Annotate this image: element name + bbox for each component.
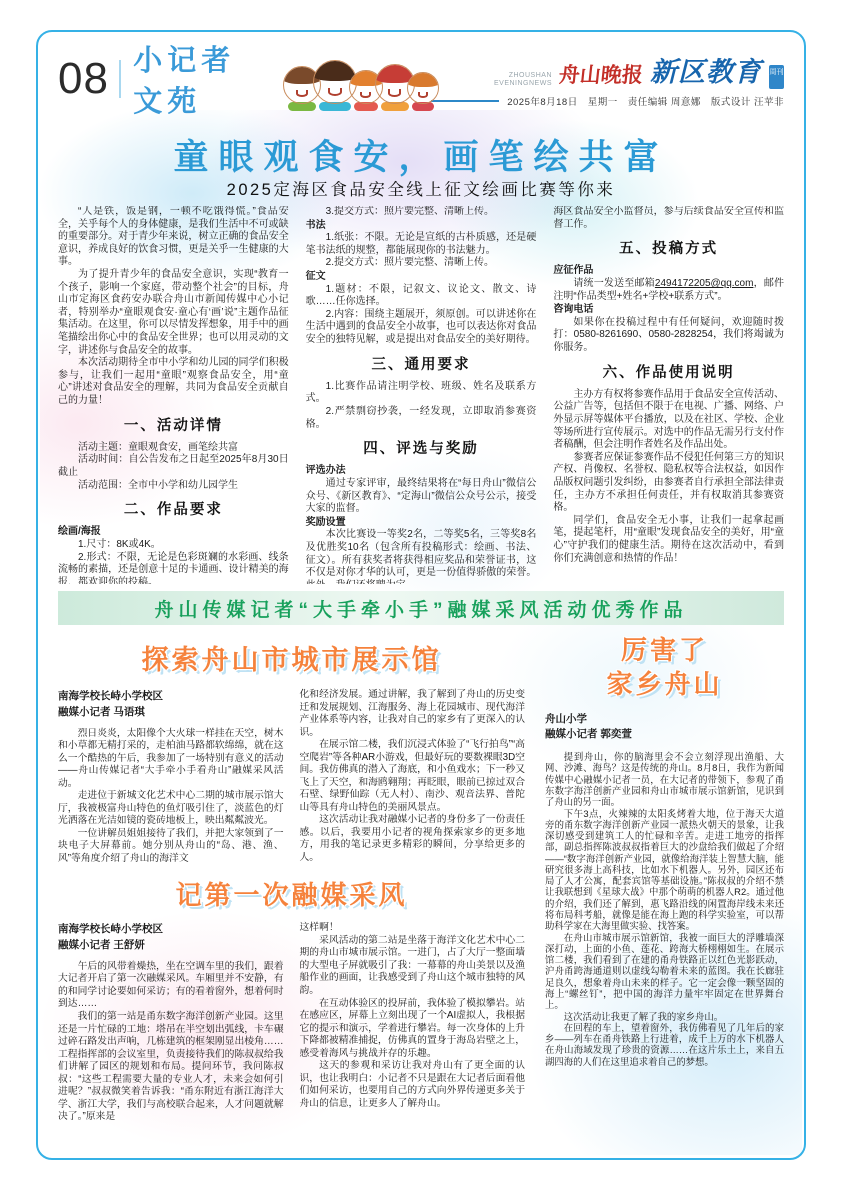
award-banner: 舟山传媒记者“大手牵小手”融媒采风活动优秀作品 bbox=[58, 591, 784, 625]
paragraph: 通过专家评审，最终结果将在“每日舟山”微信公众号、《新区教育》、“定海山”微信公… bbox=[306, 478, 537, 516]
article-a-title: 探索舟山市城市展示馆 bbox=[58, 638, 525, 677]
paragraph: 这次活动让我对融媒小记者的身份多了一份责任感。以后，我要用小记者的视角探索家乡的… bbox=[300, 814, 526, 864]
lead-article-body: “人是铁，饭是钢，一顿不吃饿得慌。”食品安全，关乎每个人的身体健康，是我们生活中… bbox=[58, 206, 784, 584]
paragraph: 2.形式：不限，无论是色彩斑斓的水彩画、线条流畅的素描，还是创意十足的卡通画、设… bbox=[58, 552, 289, 584]
paragraph: 3.提交方式：照片要完整、清晰上传。 bbox=[306, 206, 537, 219]
paragraph: 请统一发送至邮箱2494172205@qq.com，邮件注明“作品类型+姓名+学… bbox=[553, 278, 784, 303]
article-c-column: 舟山小学 融媒小记者 郭奕萱 提到舟山，你的脑海里会不会立刻浮现出渔船、大网、沙… bbox=[545, 712, 784, 1067]
page-number: 08 bbox=[58, 57, 109, 101]
section-heading: 五、投稿方式 bbox=[553, 240, 784, 258]
paragraph: 采风活动的第二站是坐落于海洋文化艺术中心二期的舟山市城市展示馆。一进门，占了大厅… bbox=[300, 935, 526, 998]
dateline-text: 2025年8月18日 星期一 责任编辑 周意娜 版式设计 汪苹非 bbox=[507, 94, 784, 108]
paragraph: 活动时间：自公告发布之日起至2025年8月30日截止 bbox=[58, 454, 289, 479]
paragraph: 本次比赛设一等奖2名，二等奖5名，三等奖8名及优胜奖10名（包含所有投稿形式：绘… bbox=[306, 529, 537, 584]
article-a-body: 南海学校长峙小学校区 融媒小记者 马语琪 烈日炎炎，太阳像个大火球一样挂在天空，… bbox=[58, 689, 525, 865]
paragraph: 在互动体验区的投屏前，我体验了模拟攀岩。站在感应区，屏幕上立刻出现了一个AI虚拟… bbox=[300, 998, 526, 1061]
section-heading: 一、活动详情 bbox=[58, 417, 289, 435]
header-divider bbox=[119, 60, 121, 98]
lead-article-subtitle: 2025定海区食品安全线上征文绘画比赛等你来 bbox=[58, 176, 784, 200]
article-b-title: 记第一次融媒采风 bbox=[58, 875, 525, 912]
paragraph: 1.纸张：不限。无论是宣纸的古朴质感，还是硬笔书法纸的规整，都能展现你的书法魅力… bbox=[306, 232, 537, 257]
lead-article-title: 童眼观食安，画笔绘共富 bbox=[58, 130, 784, 180]
paragraph: 化和经济发展。通过讲解，我了解到了舟山的历史变迁和发展规划、江海服务、海上花园城… bbox=[300, 689, 526, 739]
paragraph: 我们的第一站是甬东数字海洋创新产业园。这里还是一片忙碌的工地：塔吊在半空划出弧线… bbox=[58, 1011, 284, 1124]
byline-reporter: 融媒小记者 马语琪 bbox=[58, 706, 145, 718]
page-header: 08 小记者文苑 ZHOUSHAN EVENINGNEWS 舟山晚报 新区教育 … bbox=[58, 46, 784, 112]
article-a-column-1: 南海学校长峙小学校区 融媒小记者 马语琪 烈日炎炎，太阳像个大火球一样挂在天空，… bbox=[58, 689, 284, 865]
brand-english: ZHOUSHAN EVENINGNEWS bbox=[494, 72, 552, 90]
paragraph: 这样啊！ bbox=[300, 922, 526, 935]
newspaper-name: 舟山晚报 bbox=[557, 59, 644, 89]
paragraph: 海区食品安全小监督员，参与后续食品安全宣传和监督工作。 bbox=[553, 206, 784, 231]
award-banner-text: 舟山传媒记者“大手牵小手”融媒采风活动优秀作品 bbox=[154, 595, 687, 622]
section-title: 小记者文苑 bbox=[133, 38, 265, 120]
sub-heading: 应征作品 bbox=[553, 265, 784, 278]
sub-heading: 咨询电话 bbox=[553, 304, 784, 317]
article-a-column-2: 化和经济发展。通过讲解，我了解到了舟山的历史变迁和发展规划、江海服务、海上花园城… bbox=[300, 689, 526, 865]
paragraph: “人是铁，饭是钢，一顿不吃饿得慌。”食品安全，关乎每个人的身体健康，是我们生活中… bbox=[58, 206, 289, 269]
article-b-column-1: 南海学校长峙小学校区 融媒小记者 王舒妍 午后的风带着燥热，坐在空调车里的我们，… bbox=[58, 922, 284, 1123]
paragraph: 同学们，食品安全无小事，让我们一起拿起画笔，提起笔杆，用“童眼”发现食品安全的美… bbox=[553, 515, 784, 565]
paragraph: 一位讲解员姐姐接待了我们，并把大家领到了一块电子大屏幕前。她分别从舟山的“岛、港… bbox=[58, 828, 284, 866]
dateline: 2025年8月18日 星期一 责任编辑 周意娜 版式设计 汪苹非 bbox=[431, 94, 784, 108]
byline-school: 舟山小学 bbox=[545, 713, 587, 725]
paragraph: 烈日炎炎，太阳像个大火球一样挂在天空，树木和小草都无精打采的，走柏油马路都软绵绵… bbox=[58, 728, 284, 791]
dateline-rule bbox=[431, 100, 499, 102]
paragraph: 这天的参观和采访让我对舟山有了更全面的认识，也让我明白：小记者不只是跟在大记者后… bbox=[300, 1060, 526, 1110]
byline-reporter: 融媒小记者 郭奕萱 bbox=[545, 728, 632, 740]
paragraph: 主办方有权将参赛作品用于食品安全宣传活动、公益广告等，包括但不限于在电视、广播、… bbox=[553, 389, 784, 452]
paragraph: 为了提升青少年的食品安全意识，实现“教育一个孩子，影响一个家庭，带动整个社会”的… bbox=[58, 269, 289, 357]
section-heading: 三、通用要求 bbox=[306, 356, 537, 374]
feature-left-region: 探索舟山市城市展示馆 南海学校长峙小学校区 融媒小记者 马语琪 烈日炎炎，太阳像… bbox=[58, 632, 525, 1154]
paragraph: 1.比赛作品请注明学校、班级、姓名及联系方式。 bbox=[306, 381, 537, 406]
article-c-title: 厉害了 家乡舟山 bbox=[545, 634, 784, 702]
article-b-column-2: 这样啊！采风活动的第二站是坐落于海洋文化艺术中心二期的舟山市城市展示馆。一进门，… bbox=[300, 922, 526, 1123]
paragraph: 1.题材：不限，记叙文、议论文、散文、诗歌……任你选择。 bbox=[306, 284, 537, 309]
paragraph: 下午3点，火辣辣的太阳炙烤着大地，位于海天大道旁的甬东数字海洋创新产业园一派热火… bbox=[545, 808, 784, 932]
paragraph: 在舟山市城市展示馆新馆，我被一面巨大的浮雕墙深深打动，上面的小鱼、莲花、跨海大桥… bbox=[545, 932, 784, 1011]
paragraph: 2.严禁剽窃抄袭，一经发现，立即取消参赛资格。 bbox=[306, 406, 537, 431]
section-heading: 二、作品要求 bbox=[58, 501, 289, 519]
paragraph: 活动范围：全市中小学和幼儿园学生 bbox=[58, 480, 289, 493]
children-illustration bbox=[283, 47, 431, 111]
paragraph: 如果你在投稿过程中有任何疑问，欢迎随时拨打：0580-8261690、0580-… bbox=[553, 317, 784, 355]
byline-school: 南海学校长峙小学校区 bbox=[58, 923, 163, 935]
lead-column-2: 3.提交方式：照片要完整、清晰上传。书法1.纸张：不限。无论是宣纸的古朴质感，还… bbox=[306, 206, 537, 584]
section-heading: 六、作品使用说明 bbox=[553, 364, 784, 382]
sub-heading: 奖励设置 bbox=[306, 517, 537, 530]
paragraph: 参赛者应保证参赛作品不侵犯任何第三方的知识产权、肖像权、名誉权、隐私权等合法权益… bbox=[553, 452, 784, 515]
email-address: 2494172205@qq.com bbox=[655, 278, 754, 289]
article-c-byline: 舟山小学 融媒小记者 郭奕萱 bbox=[545, 712, 784, 744]
article-c-title-line1: 厉害了 bbox=[621, 635, 708, 665]
article-c-title-line2: 家乡舟山 bbox=[606, 669, 722, 699]
lead-column-3: 海区食品安全小监督员，参与后续食品安全宣传和监督工作。五、投稿方式应征作品请统一… bbox=[553, 206, 784, 584]
paragraph: 走进位于新城文化艺术中心二期的城市展示馆大厅，我被极富舟山特色的鱼灯吸引住了，淡… bbox=[58, 790, 284, 828]
paragraph: 2.提交方式：照片要完整、清晰上传。 bbox=[306, 257, 537, 270]
newspaper-page: 08 小记者文苑 ZHOUSHAN EVENINGNEWS 舟山晚报 新区教育 … bbox=[0, 0, 842, 1191]
byline-school: 南海学校长峙小学校区 bbox=[58, 690, 163, 702]
sub-heading: 评选办法 bbox=[306, 465, 537, 478]
lead-column-1: “人是铁，饭是钢，一顿不吃饿得慌。”食品安全，关乎每个人的身体健康，是我们生活中… bbox=[58, 206, 289, 584]
article-b-byline: 南海学校长峙小学校区 融媒小记者 王舒妍 bbox=[58, 922, 284, 954]
paragraph: 在展示馆二楼，我们沉浸式体验了“飞行拍鸟”“高空爬岩”等各种AR小游戏，但最好玩… bbox=[300, 739, 526, 814]
paragraph: 本次活动期待全市中小学和幼儿园的同学们积极参与，让我们一起用“童眼”观察食品安全… bbox=[58, 357, 289, 407]
sub-heading: 征文 bbox=[306, 271, 537, 284]
article-b-body: 南海学校长峙小学校区 融媒小记者 王舒妍 午后的风带着燥热，坐在空调车里的我们，… bbox=[58, 922, 525, 1123]
paragraph: 这次活动让我更了解了我的家乡舟山。 bbox=[545, 1011, 784, 1022]
paragraph: 2.内容：围绕主题展开，须原创。可以讲述你在生活中遇到的食品安全小故事，也可以表… bbox=[306, 309, 537, 347]
paragraph: 在回程的车上，望着窗外，我仿佛看见了几年后的家乡——列车在甬舟铁路上行进着，成千… bbox=[545, 1022, 784, 1067]
feature-articles: 探索舟山市城市展示馆 南海学校长峙小学校区 融媒小记者 马语琪 烈日炎炎，太阳像… bbox=[58, 632, 784, 1154]
child-cartoon-icon bbox=[407, 72, 439, 111]
article-a-byline: 南海学校长峙小学校区 融媒小记者 马语琪 bbox=[58, 689, 284, 721]
byline-reporter: 融媒小记者 王舒妍 bbox=[58, 939, 145, 951]
paragraph: 活动主题：童眼观食安，画笔绘共富 bbox=[58, 442, 289, 455]
sub-heading: 绘画/海报 bbox=[58, 526, 289, 539]
feature-right-region: 厉害了 家乡舟山 舟山小学 融媒小记者 郭奕萱 提到舟山，你的脑海里会不会立刻浮… bbox=[545, 632, 784, 1154]
section-heading: 四、评选与奖励 bbox=[306, 440, 537, 458]
sub-heading: 书法 bbox=[306, 220, 537, 233]
weekly-badge: 周刊 bbox=[769, 65, 784, 89]
edition-name: 新区教育 bbox=[650, 50, 762, 89]
paragraph: 1.尺寸：8K或4K。 bbox=[58, 539, 289, 552]
paragraph: 提到舟山，你的脑海里会不会立刻浮现出渔船、大网、沙滩、海鸟？这是传统的舟山。8月… bbox=[545, 751, 784, 807]
masthead: ZHOUSHAN EVENINGNEWS 舟山晚报 新区教育 周刊 2025年8… bbox=[431, 50, 784, 108]
paragraph: 午后的风带着燥热，坐在空调车里的我们，跟着大记者开启了第一次融媒采风。车厢里并不… bbox=[58, 961, 284, 1011]
